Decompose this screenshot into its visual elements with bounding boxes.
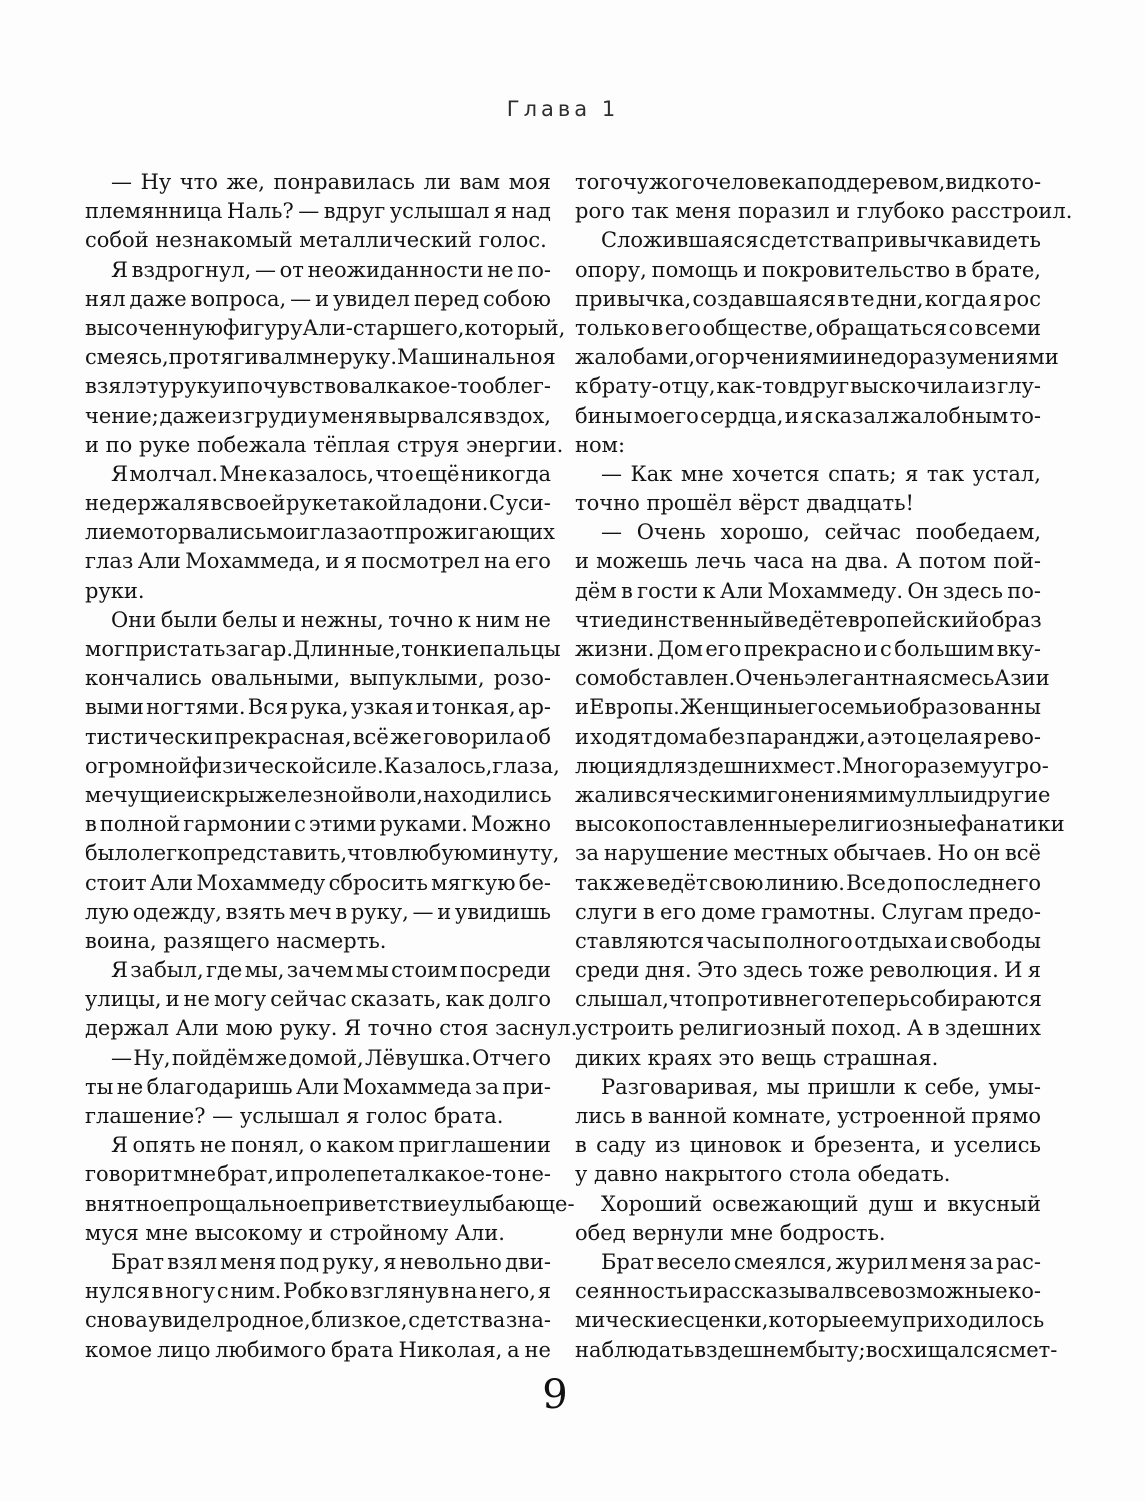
chapter-header: Глава 1: [85, 97, 1041, 121]
text-line: слугивегодомеграмотны.Слугампредо-: [575, 898, 1041, 927]
text-line: опору,помощьипокровительствовбрате,: [575, 256, 1041, 285]
text-line: глашение? — услышал я голос брата.: [85, 1102, 551, 1131]
text-line: люциядляздешнихмест.Многораземуугро-: [575, 752, 1041, 781]
paragraph: Братвеселосмеялся,журилменязарас-сеяннос…: [575, 1248, 1041, 1365]
text-line: руки.: [85, 577, 551, 606]
text-line: иЕвропы.Женщиныегосемьиобразованны: [575, 693, 1041, 722]
text-line: Сложившаясясдетствапривычкавидеть: [575, 226, 1041, 255]
text-line: огромнойфизическойсиле.Казалось,глаза,: [85, 752, 551, 781]
text-line: кончалисьовальными,выпуклыми,розо-: [85, 664, 551, 693]
text-line: Явздрогнул,—отнеожиданностинепо-: [85, 256, 551, 285]
text-line: Братвзялменяподруку,яневольнодви-: [85, 1248, 551, 1277]
text-line: луюодежду,взятьмечвруку,—иувидишь: [85, 898, 551, 927]
text-line: обед вернули мне бодрость.: [575, 1219, 1041, 1248]
text-line: смеясь,протягивалмнеруку.Машинальноя: [85, 343, 551, 372]
text-line: жаливсяческимигонениямимуллыидругие: [575, 781, 1041, 810]
text-line: Яопятьнепонял,окакомприглашении: [85, 1131, 551, 1160]
text-line: недержалявсвоейрукетакойладони.Суси-: [85, 489, 551, 518]
paragraph: —Оченьхорошо,сейчаспообедаем,иможешьлечь…: [575, 518, 1041, 1073]
text-line: глазАлиМохаммеда,ияпосмотрелнаего: [85, 547, 551, 576]
text-line: Братвеселосмеялся,журилменязарас-: [575, 1248, 1041, 1277]
text-line: иможешьлечьчасанадва.Апотомпой-: [575, 547, 1041, 576]
text-line: чтиединственныйведётевропейскийобраз: [575, 606, 1041, 635]
text-line: внятноепрощальноеприветствиеулыбающе-: [85, 1190, 551, 1219]
paragraph: —Ну,пойдёмжедомой,Лёвушка.Отчеготынеблаг…: [85, 1044, 551, 1132]
text-line: держал Али мою руку. Я точно стоя заснул…: [85, 1014, 551, 1043]
text-line: высоченнуюфигуруАли-старшего,который,: [85, 314, 551, 343]
text-line: ном:: [575, 431, 1041, 460]
paragraph: Ямолчал.Мнеказалось,чтоещёникогданедержа…: [85, 460, 551, 606]
text-line: иходятдомабезпаранджи,аэтоцелаярево-: [575, 723, 1041, 752]
paragraph: —Какмнехочетсяспать;ятакустал,точно прош…: [575, 460, 1041, 518]
text-line: —Нучтоже,понравиласьливаммоя: [85, 168, 551, 197]
text-line: сомобставлен.ОченьэлегантнаясмесьАзии: [575, 664, 1041, 693]
paragraph: Разговаривая,мыпришликсебе,умы-лисьвванн…: [575, 1073, 1041, 1190]
text-line: —Ну,пойдёмжедомой,Лёвушка.Отчего: [85, 1044, 551, 1073]
text-line: тольковегообществе,обращатьсясовсеми: [575, 314, 1041, 343]
text-line: устроитьрелигиозныйпоход.Авздешних: [575, 1014, 1041, 1043]
text-line: муся мне высокому и стройному Али.: [85, 1219, 551, 1248]
text-line: племянницаНаль?—вдругуслышалянад: [85, 197, 551, 226]
text-line: дёмвгостикАлиМохаммеду.Онздесьпо-: [575, 577, 1041, 606]
text-line: воина, разящего насмерть.: [85, 927, 551, 956]
text-line: тистическипрекрасная,всёжеговорилаоб: [85, 723, 551, 752]
text-line: слышал,чтопротивнеготеперьсобираются: [575, 985, 1041, 1014]
text-line: могпристатьзагар.Длинные,тонкиепальцы: [85, 635, 551, 664]
text-line: у давно накрытого стола обедать.: [575, 1160, 1041, 1189]
paragraph: Братвзялменяподруку,яневольнодви-нулсявн…: [85, 1248, 551, 1365]
text-line: собой незнакомый металлический голос.: [85, 226, 551, 255]
text-line: рого так меня поразил и глубоко расстрои…: [575, 197, 1041, 226]
paragraph: Хорошийосвежающийдушивкусныйобед вернули…: [575, 1190, 1041, 1248]
text-line: мечущиеискрыжелезнойволи,находились: [85, 781, 551, 810]
text-columns: —Нучтоже,понравиласьливаммояплемянницаНа…: [85, 168, 1041, 1365]
right-column: тогочужогочеловекаподдеревом,видкото-рог…: [575, 168, 1041, 1365]
text-line: нулсявногусним.Робковзглянувнанего,я: [85, 1277, 551, 1306]
text-line: занарушениеместныхобычаев.Ноонвсё: [575, 839, 1041, 868]
text-line: —Оченьхорошо,сейчаспообедаем,: [575, 518, 1041, 547]
paragraph: Язабыл,гдемы,зачеммыстоимпосредиулицы,ин…: [85, 956, 551, 1044]
text-line: тогочужогочеловекаподдеревом,видкото-: [575, 168, 1041, 197]
text-line: говоритмнебрат,ипролепеталкакое-тоне-: [85, 1160, 551, 1189]
text-line: Язабыл,гдемы,зачеммыстоимпосреди: [85, 956, 551, 985]
text-line: высокопоставленныерелигиозныефанатики: [575, 810, 1041, 839]
paragraph: тогочужогочеловекаподдеревом,видкото-рог…: [575, 168, 1041, 226]
paragraph: Яопятьнепонял,окакомприглашенииговоритмн…: [85, 1131, 551, 1248]
text-line: Хорошийосвежающийдушивкусный: [575, 1190, 1041, 1219]
text-line: и по руке побежала тёплая струя энергии.: [85, 431, 551, 460]
text-line: средидня.Этоздесьтожереволюция.Ия: [575, 956, 1041, 985]
page-number: 9: [85, 1372, 1025, 1418]
text-line: наблюдатьвздешнембыту;восхищалсясмет-: [575, 1336, 1041, 1365]
text-line: Ямолчал.Мнеказалось,чтоещёникогда: [85, 460, 551, 489]
paragraph: Явздрогнул,—отнеожиданностинепо-нялдажев…: [85, 256, 551, 460]
left-column: —Нучтоже,понравиласьливаммояплемянницаНа…: [85, 168, 551, 1365]
text-line: жалобами,огорчениямиинедоразумениями: [575, 343, 1041, 372]
text-line: Онибылибелыинежны,точнокнимне: [85, 606, 551, 635]
text-line: Разговаривая,мыпришликсебе,умы-: [575, 1073, 1041, 1102]
text-line: сноваувиделродное,близкое,сдетствазна-: [85, 1306, 551, 1335]
text-line: ставляютсячасыполногоотдыхаисвободы: [575, 927, 1041, 956]
paragraph: Онибылибелыинежны,точнокнимнемогпристать…: [85, 606, 551, 956]
text-line: комоелицолюбимогобратаНиколая,ане: [85, 1336, 551, 1365]
text-line: былолегкопредставить,чтовлюбуюминуту,: [85, 839, 551, 868]
text-line: всадуизциновокибрезента,иуселись: [575, 1131, 1041, 1160]
text-line: жизни.Домегопрекрасноисбольшимвку-: [575, 635, 1041, 664]
text-line: кбрату-отцу,как-товдругвыскочилаизглу-: [575, 372, 1041, 401]
text-line: улицы,инемогусейчассказать,какдолго: [85, 985, 551, 1014]
text-line: сеянностьирассказывалвсевозможныеко-: [575, 1277, 1041, 1306]
text-line: точно прошёл вёрст двадцать!: [575, 489, 1041, 518]
text-line: мическиесценки,которыеемуприходилось: [575, 1306, 1041, 1335]
text-line: лисьвваннойкомнате,устроеннойпрямо: [575, 1102, 1041, 1131]
text-line: —Какмнехочетсяспать;ятакустал,: [575, 460, 1041, 489]
text-line: бинымоегосердца,иясказалжалобнымто-: [575, 402, 1041, 431]
text-line: стоитАлиМохаммедусброситьмягкуюбе-: [85, 869, 551, 898]
text-line: такжеведётсвоюлинию.Вседопоследнего: [575, 869, 1041, 898]
text-line: лиемоторвалисьмоиглазаотпрожигающих: [85, 518, 551, 547]
paragraph: Сложившаясясдетствапривычкавидетьопору,п…: [575, 226, 1041, 460]
book-page: Глава 1 —Нучтоже,понравиласьливаммояплем…: [0, 0, 1145, 1502]
text-line: привычка,создавшаясявтедни,когдаярос: [575, 285, 1041, 314]
text-line: тынеблагодаришьАлиМохаммедазапри-: [85, 1073, 551, 1102]
text-line: вполнойгармониисэтимируками.Можно: [85, 810, 551, 839]
text-line: диких краях это вещь страшная.: [575, 1044, 1041, 1073]
paragraph: —Нучтоже,понравиласьливаммояплемянницаНа…: [85, 168, 551, 256]
text-line: выминогтями.Всярука,узкаяитонкая,ар-: [85, 693, 551, 722]
text-line: чение;дажеизгрудиуменявырвалсявздох,: [85, 402, 551, 431]
text-line: взялэтурукуипочувствовалкакое-тооблег-: [85, 372, 551, 401]
text-line: нялдажевопроса,—иувиделпередсобою: [85, 285, 551, 314]
